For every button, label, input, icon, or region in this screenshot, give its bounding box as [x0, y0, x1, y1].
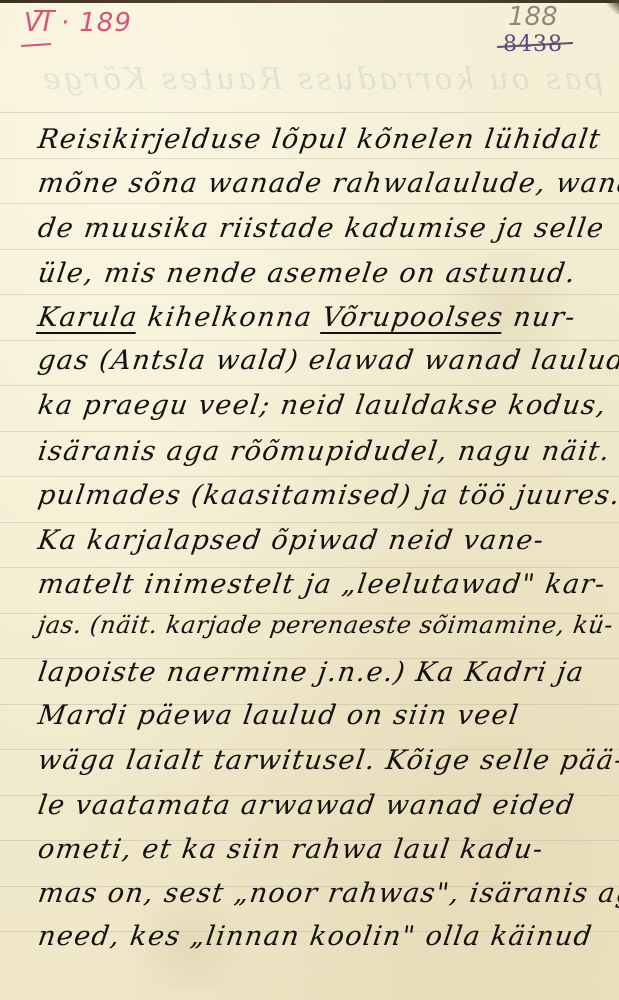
handwritten-line-3: de muusika riistade kadumise ja selle	[36, 213, 607, 244]
handwritten-line-19: need, kes „linnan koolin" olla käinud	[36, 921, 595, 952]
handwritten-line-6: gas (Antsla wald) elawad wanad laulud	[36, 345, 619, 376]
page-number-pencil: 188	[508, 2, 558, 32]
handwritten-line-1: Reisikirjelduse lõpul kõnelen lühidalt	[36, 124, 603, 155]
ruled-line	[0, 567, 619, 568]
underlined-place-vorupoolses: Võrupoolses	[320, 302, 505, 333]
handwritten-line-17: ometi, et ka siin rahwa laul kadu-	[36, 834, 546, 865]
catalog-mark-text: VI · 189	[24, 8, 132, 38]
handwritten-line-9: pulmades (kaasitamised) ja töö juures.	[36, 480, 619, 511]
underlined-place-karula: Karula	[36, 302, 140, 333]
handwritten-line-5: Karula kihelkonna Võrupoolses nur-	[36, 302, 578, 333]
ruled-line	[0, 522, 619, 523]
handwritten-line-16: le vaatamata arwawad wanad eided	[36, 790, 577, 821]
handwritten-line-18: mas on, sest „noor rahwas", isäranis aga	[36, 878, 619, 909]
ruled-line	[0, 203, 619, 204]
catalog-overline	[34, 10, 56, 12]
manuscript-page: ...ta, pas ou korraduss Rautes Kõrge VI …	[0, 0, 619, 1000]
handwritten-line-10: Ka karjalapsed õpiwad neid vane-	[36, 525, 547, 556]
handwritten-line-4: üle, mis nende asemele on astunud.	[36, 258, 578, 289]
ruled-line	[0, 476, 619, 477]
ruled-line	[0, 431, 619, 432]
handwritten-line-2: mõne sõna wanade rahwalaulude, wana-	[36, 168, 619, 199]
handwritten-line-14: Mardi päewa laulud on siin veel	[36, 700, 521, 731]
page-corner-shadow	[607, 0, 619, 14]
line-5-end: nur-	[501, 302, 578, 333]
handwritten-line-8: isäranis aga rõõmupidudel, nagu näit.	[36, 436, 613, 467]
ruled-line	[0, 158, 619, 159]
handwritten-line-15: wäga laialt tarwitusel. Kõige selle pää-	[36, 745, 619, 776]
catalog-mark: VI · 189	[24, 8, 132, 38]
ruled-line	[0, 385, 619, 386]
handwritten-line-12: jas. (näit. karjade perenaeste sõimamine…	[36, 611, 615, 639]
line-5-middle: kihelkonna	[136, 302, 325, 333]
bleed-through-text: ...ta, pas ou korraduss Rautes Kõrge	[40, 62, 619, 97]
ruled-line	[0, 112, 619, 113]
catalog-underline	[21, 43, 51, 47]
handwritten-line-13: lapoiste naermine j.n.e.) Ka Kadri ja	[36, 657, 586, 688]
handwritten-line-7: ka praegu veel; neid lauldakse kodus,	[36, 390, 609, 421]
handwritten-line-11: matelt inimestelt ja „leelutawad" kar-	[36, 569, 608, 600]
page-number-stamp: 8438	[503, 32, 563, 57]
ruled-line	[0, 249, 619, 250]
